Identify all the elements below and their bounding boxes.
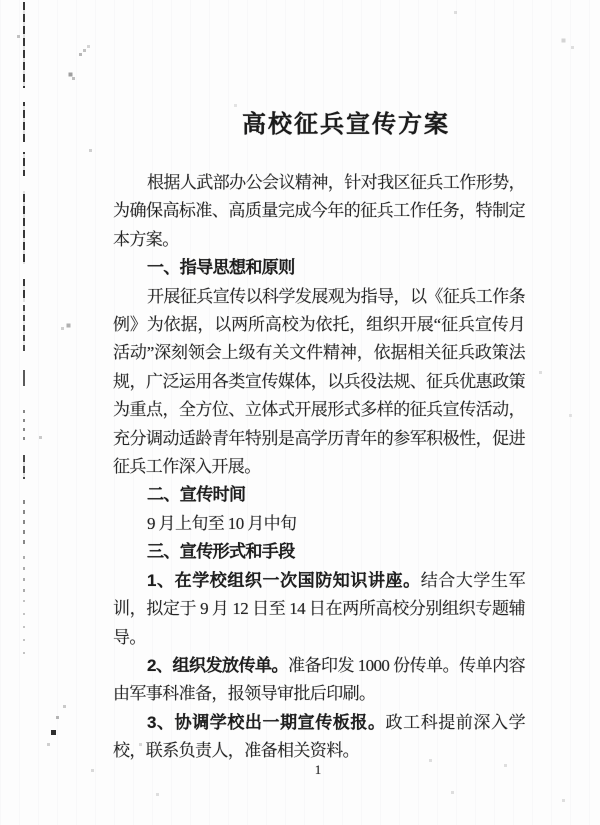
scan-edge-line-segment [23, 500, 25, 546]
scan-edge-line-gap [22, 176, 26, 191]
scan-edge-line-gap [22, 142, 26, 152]
scan-edge-line-segment [23, 305, 25, 351]
body-paragraph: 根据人武部办公会议精神，针对我区征兵工作形势，为确保高标准、高质量完成今年的征兵… [113, 169, 525, 254]
body-paragraph: 1、在学校组织一次国防知识讲座。结合大学生军训，拟定于 9 月 12 日至 14… [113, 567, 525, 652]
numbered-item-lead: 2、组织发放传单。 [147, 656, 288, 675]
body-paragraph: 开展征兵宣传以科学发展观为指导，以《征兵工作条例》为依据，以两所高校为依托，组织… [113, 283, 525, 482]
scan-edge-line-segment [23, 556, 25, 592]
scan-edge-line-segment [23, 600, 25, 662]
scan-edge-line-gap [22, 264, 26, 279]
numbered-item-lead: 1、在学校组织一次国防知识讲座。 [147, 571, 421, 590]
document-title: 高校征兵宣传方案 [140, 104, 552, 139]
scanned-document-page: 高校征兵宣传方案 根据人武部办公会议精神，针对我区征兵工作形势，为确保高标准、高… [0, 0, 600, 825]
scan-edge-line-segment [23, 370, 25, 386]
numbered-item-lead: 3、协调学校出一期宣传板报。 [147, 713, 386, 732]
document-content: 高校征兵宣传方案 根据人武部办公会议精神，针对我区征兵工作形势，为确保高标准、高… [113, 104, 525, 766]
page-number: 1 [308, 762, 328, 778]
body-paragraph: 2、组织发放传单。准备印发 1000 份传单。传单内容由军事科准备，报领导审批后… [113, 652, 525, 709]
document-body: 根据人武部办公会议精神，针对我区征兵工作形势，为确保高标准、高质量完成今年的征兵… [113, 169, 525, 766]
scan-noise-specks [0, 0, 1, 1]
scan-edge-line-gap [22, 88, 26, 102]
body-paragraph: 3、协调学校出一期宣传板报。政工科提前深入学校，联系负责人，准备相关资料。 [113, 709, 525, 766]
body-paragraph: 9 月上旬至 10 月中旬 [113, 510, 525, 538]
scan-edge-line-segment [23, 410, 25, 440]
section-heading: 二、宣传时间 [113, 481, 525, 509]
section-heading: 三、宣传形式和手段 [113, 538, 525, 566]
scan-edge-line [23, 2, 25, 302]
scan-edge-line-segment [23, 455, 25, 479]
section-heading: 一、指导思想和原则 [113, 254, 525, 282]
